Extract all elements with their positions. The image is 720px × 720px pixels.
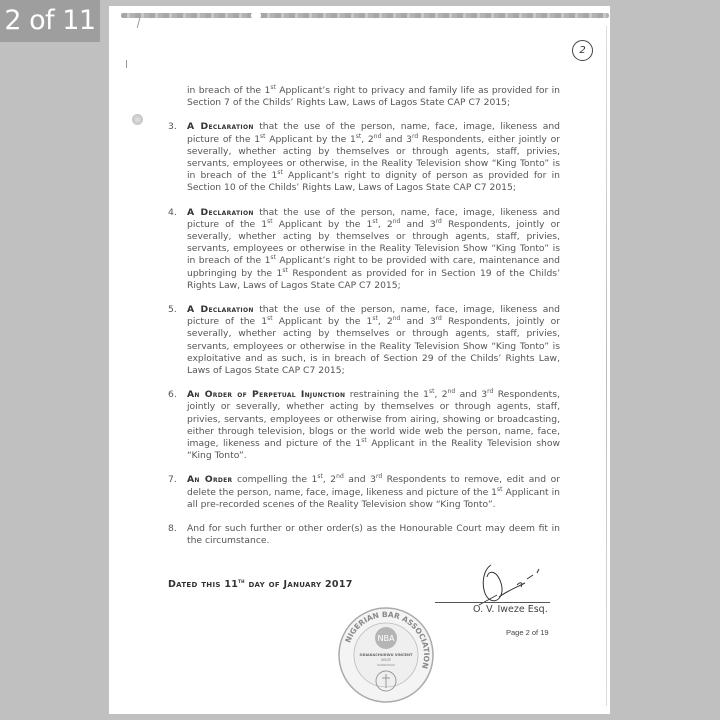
signature-line [435,602,550,603]
relief-item: 4.A Declaration that the use of the pers… [168,207,560,292]
relief-item: 8.And for such further or other order(s)… [168,523,560,547]
item-heading: An Order of Perpetual Injunction [187,389,345,400]
pen-mark [126,60,127,68]
page-edge-shadow [606,26,607,706]
pen-mark [137,18,141,28]
signature-icon [477,561,547,606]
item-number: 4. [168,207,177,219]
item-number: 5. [168,304,177,316]
document-page: 2 in breach of the 1st Applicant’s right… [109,6,610,714]
dated-line: Dated this 11th day of January 2017 [168,579,353,590]
relief-item: 7.An Order compelling the 1st, 2nd and 3… [168,474,560,511]
continuation-paragraph: in breach of the 1st Applicant’s right t… [168,85,560,109]
item-text: And for such further or other order(s) a… [187,523,560,546]
relief-item: 6.An Order of Perpetual Injunction restr… [168,389,560,462]
svg-text:SCN000000: SCN000000 [377,663,395,667]
item-heading: A Declaration [187,121,254,132]
relief-list: 3.A Declaration that the use of the pers… [168,121,560,547]
item-number: 6. [168,389,177,401]
document-body: in breach of the 1st Applicant’s right t… [168,85,560,548]
item-number: 7. [168,474,177,486]
relief-item: 3.A Declaration that the use of the pers… [168,121,560,194]
nba-seal-icon: NIGERIAN BAR ASSOCIATION NBA ODIAKACHUKW… [337,606,435,704]
handwritten-page-number: 2 [572,40,593,61]
item-heading: A Declaration [187,207,254,218]
item-heading: A Declaration [187,304,254,315]
item-text: that the use of the person, name, face, … [187,207,560,291]
item-text: compelling the 1st, 2nd and 3rd Responde… [187,474,560,509]
relief-item: 5.A Declaration that the use of the pers… [168,304,560,377]
page-counter-badge: 2 of 11 [0,0,100,42]
punch-hole [132,114,143,125]
scan-artifact-gap [251,13,261,18]
scan-artifact-top [121,13,609,18]
svg-text:NBA: NBA [378,634,395,643]
page-footer: Page 2 of 19 [506,628,549,637]
svg-text:ODIAKACHUKWU VINCENT: ODIAKACHUKWU VINCENT [360,653,413,657]
item-number: 3. [168,121,177,133]
svg-text:IWEZE: IWEZE [381,658,391,662]
item-heading: An Order [187,474,232,485]
signer-name: O. V. Iweze Esq. [473,604,548,615]
item-number: 8. [168,523,177,535]
